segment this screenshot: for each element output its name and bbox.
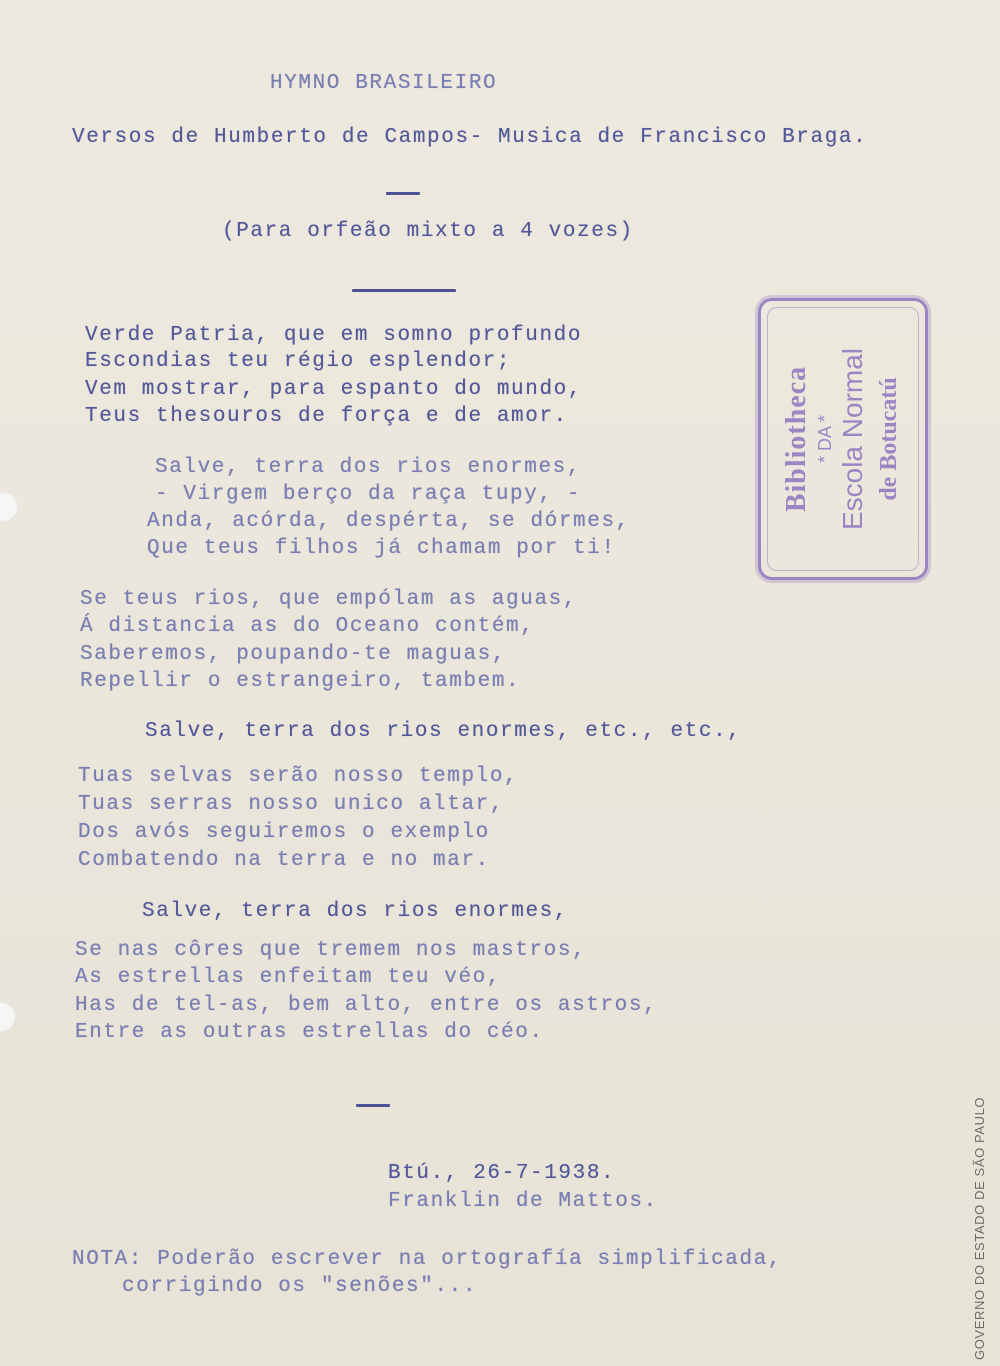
verse-line: Á distancia as do Oceano contém,: [80, 615, 534, 638]
divider: [352, 289, 456, 292]
stamp-line: de Botucatú: [871, 314, 907, 564]
note-line: NOTA: Poderão escrever na ortografía sim…: [72, 1248, 782, 1271]
chorus-line: Que teus filhos já chamam por ti!: [147, 537, 616, 560]
verse-line: Entre as outras estrellas do céo.: [75, 1021, 544, 1044]
verse-line: Vem mostrar, para espanto do mundo,: [85, 378, 582, 401]
stamp-text: Bibliotheca * DA * Escola Normal de Botu…: [779, 314, 907, 564]
verse-line: As estrellas enfeitam teu véo,: [75, 966, 501, 989]
chorus-line: - Virgem berço da raça tupy, -: [155, 483, 581, 506]
arrangement-note: (Para orfeão mixto a 4 vozes): [222, 220, 634, 243]
chorus-line: Anda, acórda, despérta, se dórmes,: [147, 510, 630, 533]
document-title: HYMNO BRASILEIRO: [270, 72, 497, 95]
verse-line: Has de tel-as, bem alto, entre os astros…: [75, 994, 657, 1017]
verse-line: Se nas côres que tremem nos mastros,: [75, 939, 586, 962]
divider: [386, 192, 420, 195]
library-stamp: Bibliotheca * DA * Escola Normal de Botu…: [758, 298, 928, 580]
verse-line: Verde Patria, que em somno profundo: [85, 324, 582, 347]
chorus-line: Salve, terra dos rios enormes,: [155, 456, 581, 479]
verse-line: Tuas serras nosso unico altar,: [78, 793, 504, 816]
chorus-reference: Salve, terra dos rios enormes,: [142, 900, 568, 923]
signature: Franklin de Mattos.: [388, 1190, 658, 1213]
place-date: Btú., 26-7-1938.: [388, 1162, 615, 1185]
stamp-line: Escola Normal: [835, 314, 871, 564]
chorus-reference: Salve, terra dos rios enormes, etc., etc…: [145, 720, 742, 743]
verse-line: Tuas selvas serão nosso templo,: [78, 765, 518, 788]
verse-line: Escondias teu régio esplendor;: [85, 350, 511, 373]
stamp-line: Bibliotheca: [779, 314, 815, 564]
verse-line: Combatendo na terra e no mar.: [78, 849, 490, 872]
archive-watermark: GOVERNO DO ESTADO DE SÃO PAULO: [972, 1097, 987, 1360]
stamp-line: * DA *: [815, 314, 835, 564]
verse-line: Se teus rios, que empólam as aguas,: [80, 588, 577, 611]
verse-line: Teus thesouros de força e de amor.: [85, 405, 568, 428]
verse-line: Dos avós seguiremos o exemplo: [78, 821, 490, 844]
divider: [356, 1104, 390, 1107]
document-subtitle: Versos de Humberto de Campos- Musica de …: [72, 126, 867, 149]
verse-line: Repellir o estrangeiro, tambem.: [80, 670, 520, 693]
note-line: corrigindo os "senões"...: [122, 1275, 477, 1298]
verse-line: Saberemos, poupando-te maguas,: [80, 643, 506, 666]
